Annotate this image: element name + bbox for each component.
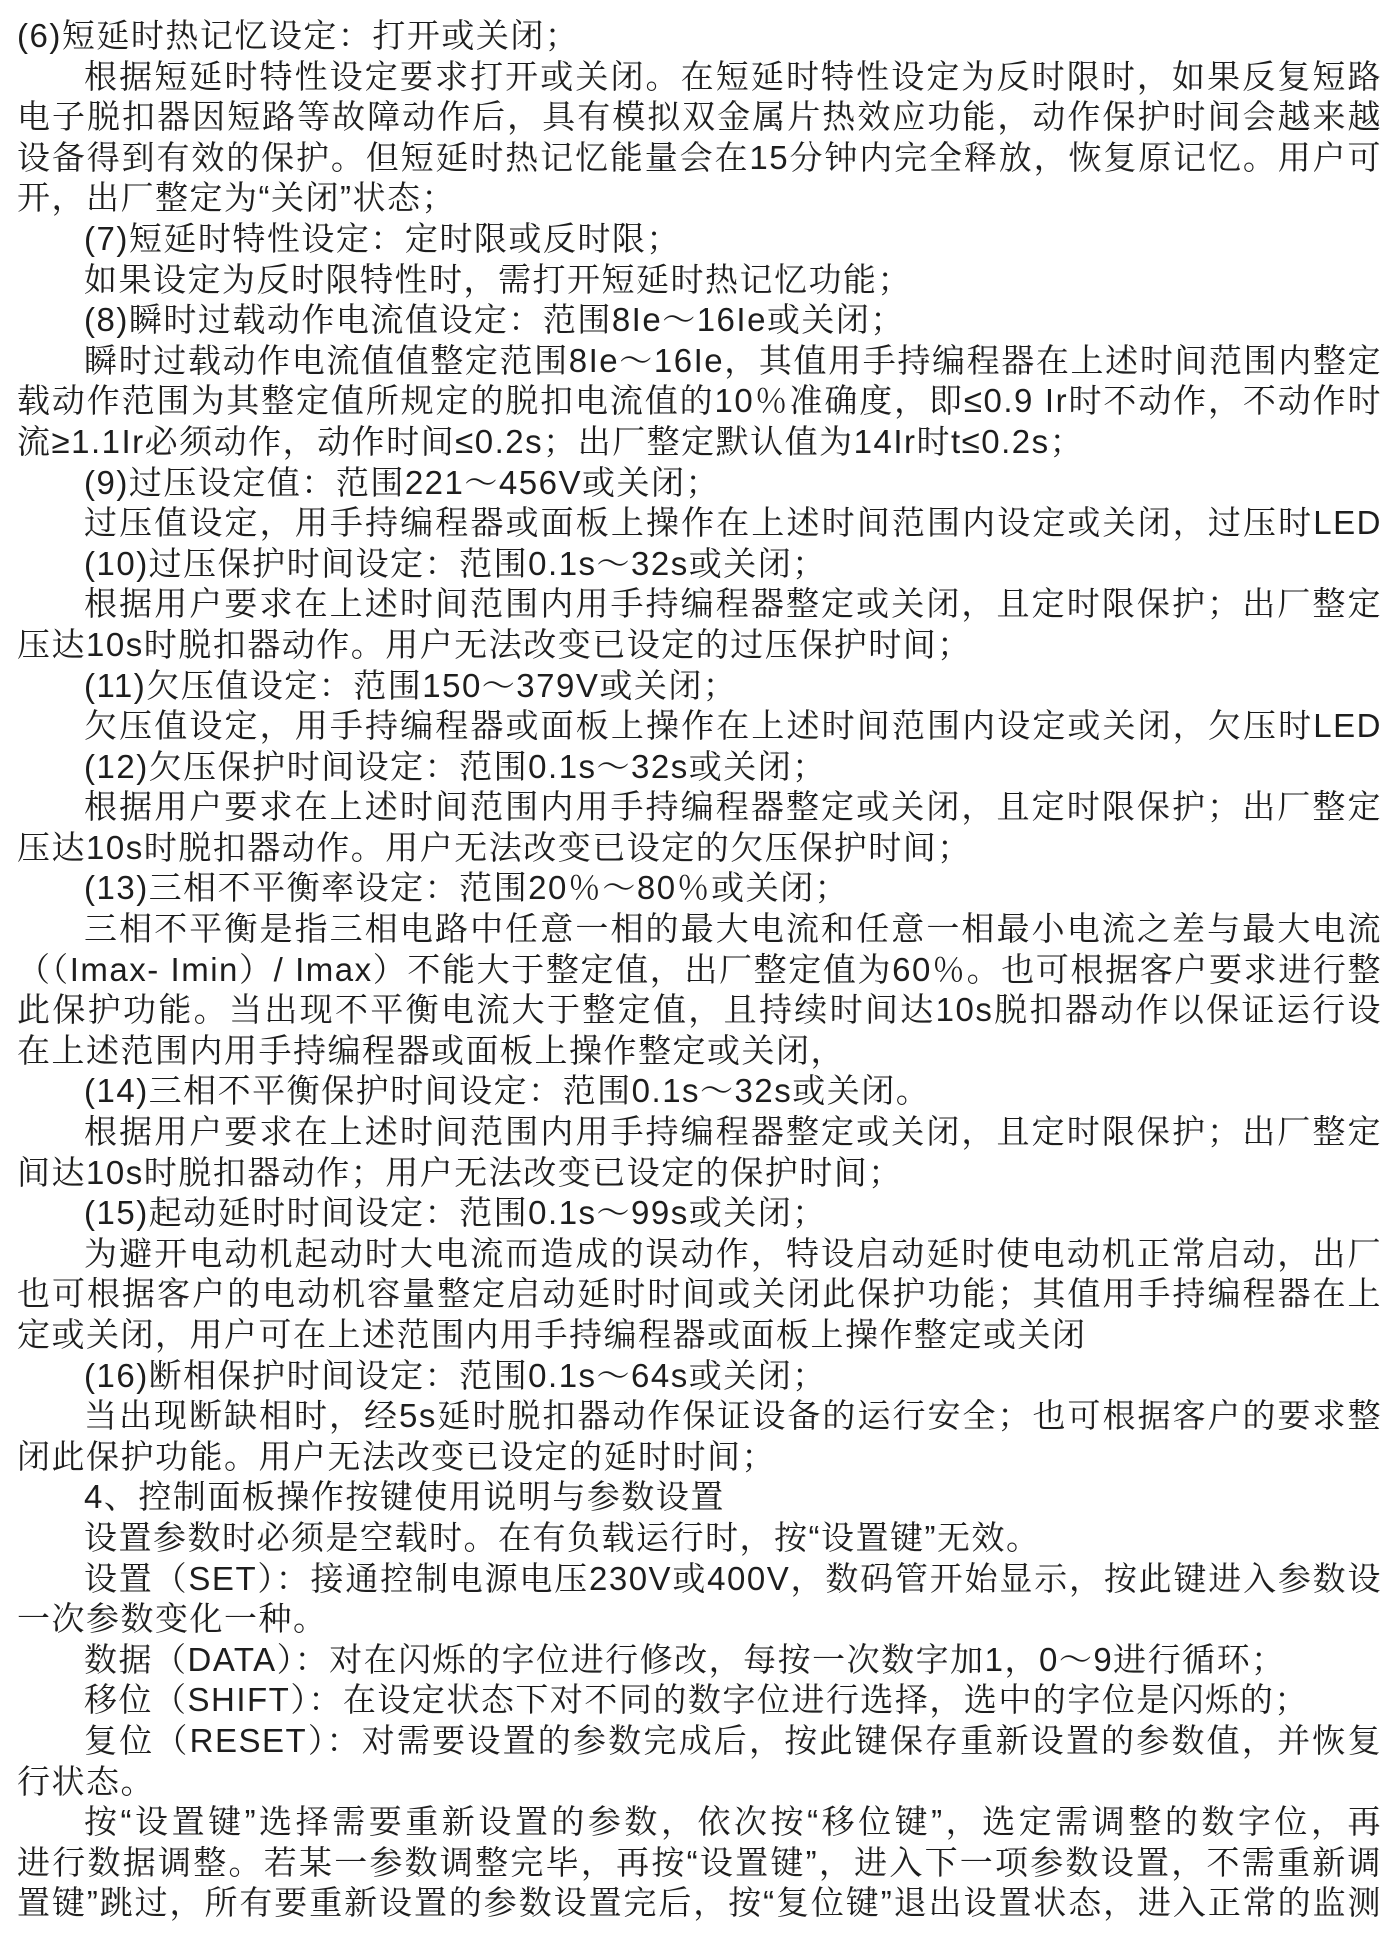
text-line: 电子脱扣器因短路等故障动作后，具有模拟双金属片热效应功能，动作保护时间会越来越短… [17,97,1382,138]
text-line: 行状态。 [17,1762,1382,1803]
text-line: (6)短延时热记忆设定：打开或关闭； [17,16,1382,57]
text-line: （（Imax- Imin）/ Imax）不能大于整定值，出厂整定值为60％。也可… [17,950,1382,991]
text-line: (12)欠压保护时间设定：范围0.1s～32s或关闭； [17,747,1382,788]
text-line: (13)三相不平衡率设定：范围20％～80％或关闭； [17,868,1382,909]
text-line: 在上述范围内用手持编程器或面板上操作整定或关闭， [17,1031,1382,1072]
text-line: 根据用户要求在上述时间范围内用手持编程器整定或关闭，且定时限保护；出厂整定默认值… [17,584,1382,625]
text-line: 流≥1.1Ir必须动作，动作时间≤0.2s；出厂整定默认值为14Ir时t≤0.2… [17,422,1382,463]
text-line: 根据用户要求在上述时间范围内用手持编程器整定或关闭，且定时限保护；出厂整定默认值… [17,1112,1382,1153]
text-line: 载动作范围为其整定值所规定的脱扣电流值的10％准确度，即≤0.9 Ir时不动作，… [17,381,1382,422]
text-line: (14)三相不平衡保护时间设定：范围0.1s～32s或关闭。 [17,1071,1382,1112]
text-line: 欠压值设定，用手持编程器或面板上操作在上述时间范围内设定或关闭，欠压时LED指示… [17,706,1382,747]
text-line: 闭此保护功能。用户无法改变已设定的延时时间； [17,1437,1382,1478]
text-line: 瞬时过载动作电流值值整定范围8Ie～16Ie，其值用手持编程器在上述时间范围内整… [17,341,1382,382]
text-line: (16)断相保护时间设定：范围0.1s～64s或关闭； [17,1356,1382,1397]
text-line: 复位（RESET）：对需要设置的参数完成后，按此键保存重新设置的参数值，并恢复到… [17,1721,1382,1762]
text-line: 三相不平衡是指三相电路中任意一相的最大电流和任意一相最小电流之差与最大电流的比值… [17,909,1382,950]
text-line: 间达10s时脱扣器动作；用户无法改变已设定的保护时间； [17,1153,1382,1194]
text-line: 进行数据调整。若某一参数调整完毕，再按“设置键”，进入下一项参数设置，不需重新调… [17,1843,1382,1884]
text-line: 根据用户要求在上述时间范围内用手持编程器整定或关闭，且定时限保护；出厂整定默认值… [17,787,1382,828]
text-line: 设置（SET）：接通控制电源电压230V或400V，数码管开始显示，按此键进入参… [17,1559,1382,1600]
text-line: (10)过压保护时间设定：范围0.1s～32s或关闭； [17,544,1382,585]
text-line: 数据（DATA）：对在闪烁的字位进行修改，每按一次数字加1，0～9进行循环； [17,1640,1382,1681]
text-line: 定或关闭，用户可在上述范围内用手持编程器或面板上操作整定或关闭 [17,1315,1382,1356]
text-line: (8)瞬时过载动作电流值设定：范围8Ie～16Ie或关闭； [17,300,1382,341]
document-body: (6)短延时热记忆设定：打开或关闭；根据短延时特性设定要求打开或关闭。在短延时特… [17,16,1382,1924]
text-line: 一次参数变化一种。 [17,1599,1382,1640]
text-line: 置键”跳过，所有要重新设置的参数设置完后，按“复位键”退出设置状态，进入正常的监… [17,1883,1382,1924]
text-line: (11)欠压值设定：范围150～379V或关闭； [17,666,1382,707]
text-line: 此保护功能。当出现不平衡电流大于整定值，且持续时间达10s脱扣器动作以保证运行设… [17,990,1382,1031]
text-line: 设置参数时必须是空载时。在有负载运行时，按“设置键”无效。 [17,1518,1382,1559]
text-line: 也可根据客户的电动机容量整定启动延时时间或关闭此保护功能；其值用手持编程器在上述… [17,1274,1382,1315]
text-line: (7)短延时特性设定：定时限或反时限； [17,219,1382,260]
text-line: 当出现断缺相时，经5s延时脱扣器动作保证设备的运行安全；也可根据客户的要求整定延… [17,1396,1382,1437]
text-line: 为避开电动机起动时大电流而造成的误动作，特设启动延时使电动机正常启动，出厂整定时… [17,1234,1382,1275]
text-line: 4、控制面板操作按键使用说明与参数设置 [17,1477,1382,1518]
text-line: 设备得到有效的保护。但短延时热记忆能量会在15分钟内完全释放，恢复原记忆。用户可… [17,138,1382,179]
text-line: (9)过压设定值：范围221～456V或关闭； [17,463,1382,504]
text-line: 压达10s时脱扣器动作。用户无法改变已设定的过压保护时间； [17,625,1382,666]
text-line: 根据短延时特性设定要求打开或关闭。在短延时特性设定为反时限时，如果反复短路 会引… [17,57,1382,98]
text-line: 过压值设定，用手持编程器或面板上操作在上述时间范围内设定或关闭，过压时LED指示… [17,503,1382,544]
text-line: 压达10s时脱扣器动作。用户无法改变已设定的欠压保护时间； [17,828,1382,869]
text-line: (15)起动延时时间设定：范围0.1s～99s或关闭； [17,1193,1382,1234]
text-line: 移位（SHIFT）：在设定状态下对不同的数字位进行选择，选中的字位是闪烁的； [17,1680,1382,1721]
document-page: (6)短延时热记忆设定：打开或关闭；根据短延时特性设定要求打开或关闭。在短延时特… [0,0,1400,1942]
text-line: 开，出厂整定为“关闭”状态； [17,178,1382,219]
text-line: 如果设定为反时限特性时，需打开短延时热记忆功能； [17,260,1382,301]
text-line: 按“设置键”选择需要重新设置的参数，依次按“移位键”，选定需调整的数字位，再按“… [17,1802,1382,1843]
